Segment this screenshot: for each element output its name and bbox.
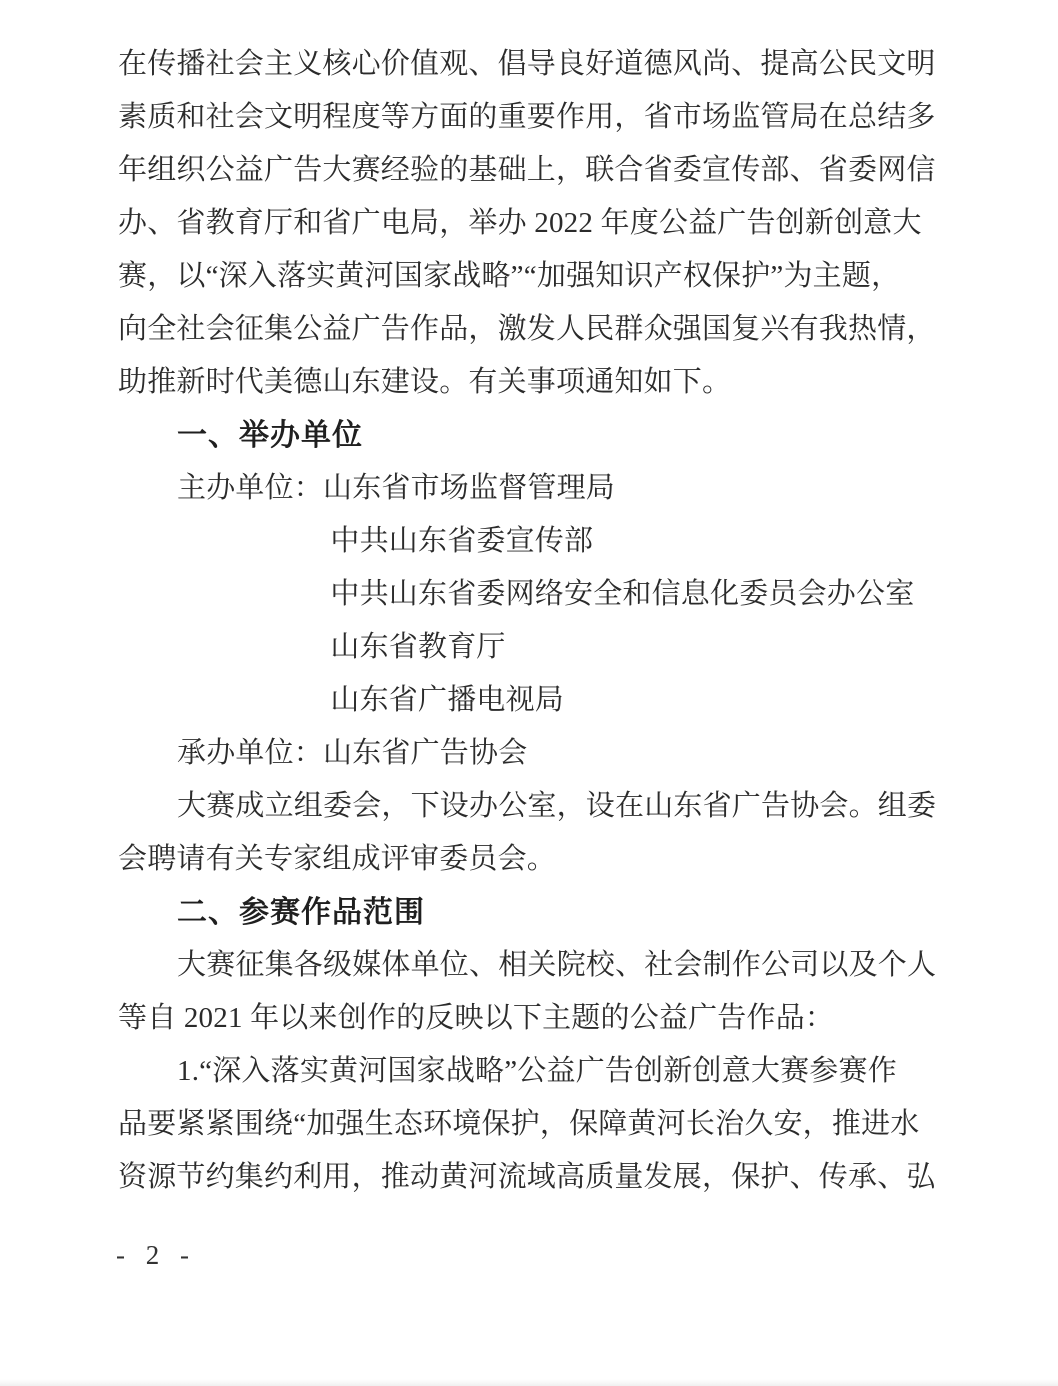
text-line: 主办单位：山东省市场监督管理局	[118, 462, 948, 515]
text-line: 承办单位：山东省广告协会	[118, 727, 948, 780]
text-line: 品要紧紧围绕“加强生态环境保护，保障黄河长治久安，推进水	[118, 1098, 948, 1151]
text-line: 年组织公益广告大赛经验的基础上，联合省委宣传部、省委网信	[118, 144, 948, 197]
text-line: 会聘请有关专家组成评审委员会。	[118, 833, 948, 886]
document-page: 在传播社会主义核心价值观、倡导良好道德风尚、提高公民文明素质和社会文明程度等方面…	[0, 0, 1058, 1386]
text-line: 素质和社会文明程度等方面的重要作用，省市场监管局在总结多	[118, 91, 948, 144]
text-line: 中共山东省委网络安全和信息化委员会办公室	[118, 568, 948, 621]
scan-bottom-edge	[0, 1379, 1058, 1386]
text-line: 大赛征集各级媒体单位、相关院校、社会制作公司以及个人	[118, 939, 948, 992]
text-line: 助推新时代美德山东建设。有关事项通知如下。	[118, 356, 948, 409]
text-line: 赛，以“深入落实黄河国家战略”“加强知识产权保护”为主题，	[118, 250, 948, 303]
document-body: 在传播社会主义核心价值观、倡导良好道德风尚、提高公民文明素质和社会文明程度等方面…	[118, 38, 948, 1204]
text-line: 山东省教育厅	[118, 621, 948, 674]
text-line: 大赛成立组委会，下设办公室，设在山东省广告协会。组委	[118, 780, 948, 833]
page-number: - 2 -	[116, 1232, 196, 1278]
section-heading: 一、举办单位	[118, 409, 948, 462]
text-line: 1.“深入落实黄河国家战略”公益广告创新创意大赛参赛作	[118, 1045, 948, 1098]
text-line: 等自 2021 年以来创作的反映以下主题的公益广告作品：	[118, 992, 948, 1045]
text-line: 办、省教育厅和省广电局，举办 2022 年度公益广告创新创意大	[118, 197, 948, 250]
text-line: 在传播社会主义核心价值观、倡导良好道德风尚、提高公民文明	[118, 38, 948, 91]
section-heading: 二、参赛作品范围	[118, 886, 948, 939]
text-line: 向全社会征集公益广告作品，激发人民群众强国复兴有我热情，	[118, 303, 948, 356]
text-line: 山东省广播电视局	[118, 674, 948, 727]
text-line: 资源节约集约利用，推动黄河流域高质量发展，保护、传承、弘	[118, 1151, 948, 1204]
text-line: 中共山东省委宣传部	[118, 515, 948, 568]
